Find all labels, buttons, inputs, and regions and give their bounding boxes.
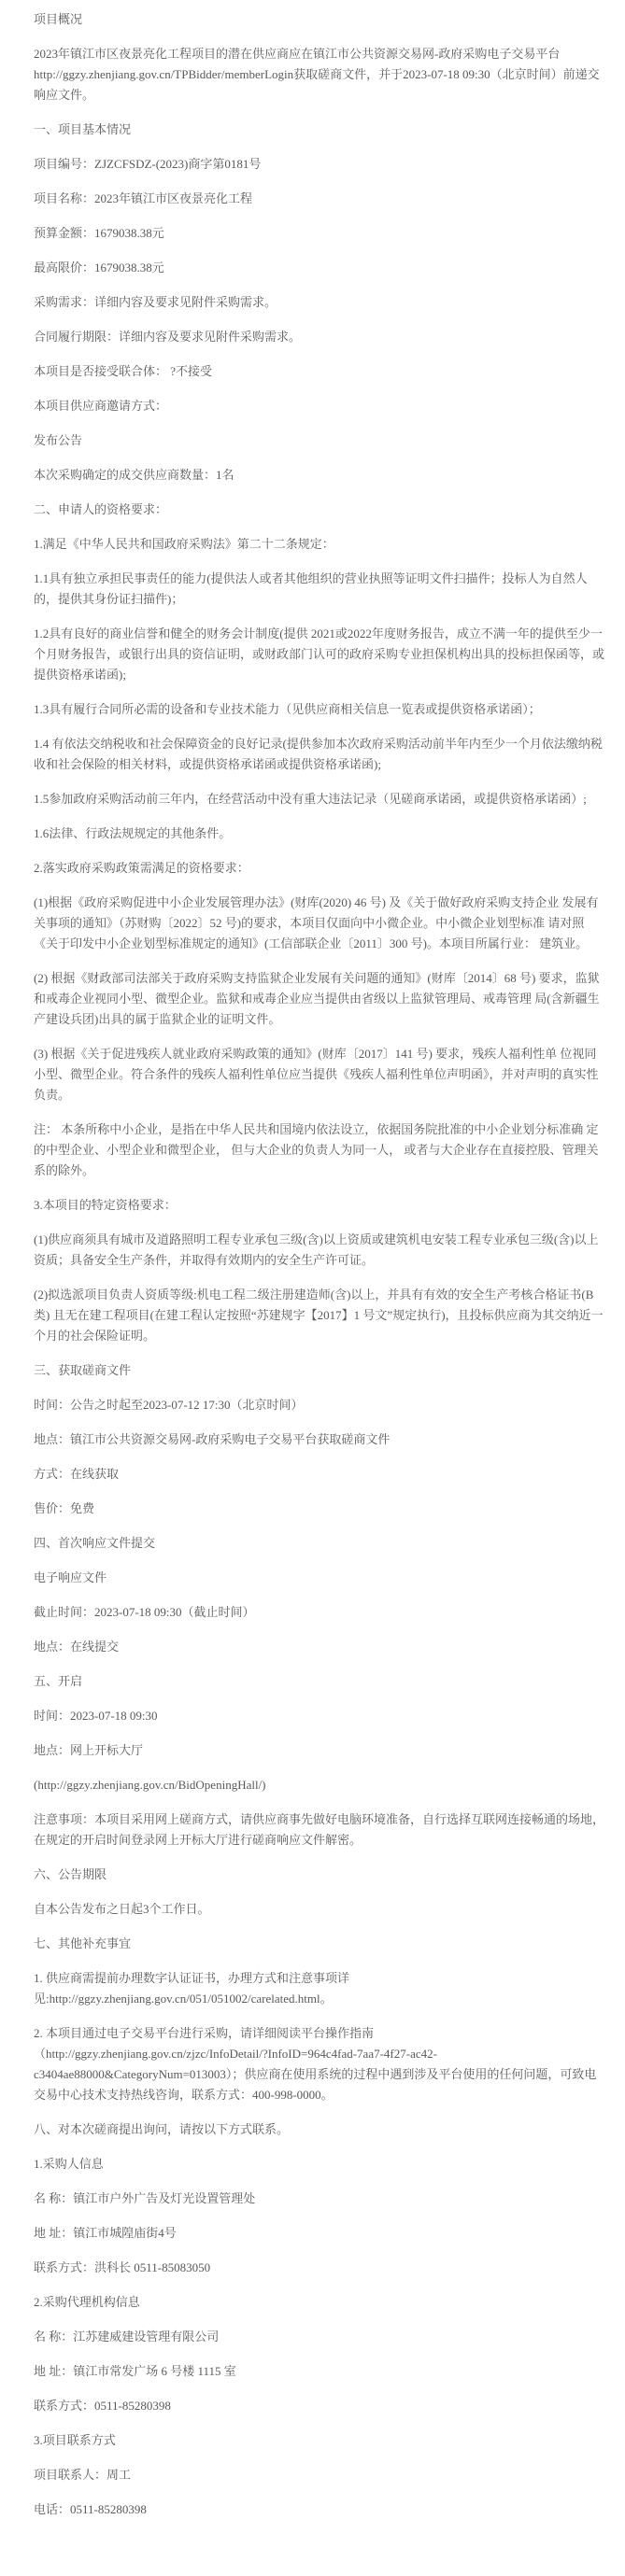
field-project-number: 项目编号：ZJZCFSDZ-(2023)商字第0181号 bbox=[34, 154, 606, 175]
field-consortium-acceptance: 本项目是否接受联合体： ?不接受 bbox=[34, 361, 606, 382]
opening-hall-url: (http://ggzy.zhenjiang.gov.cn/BidOpening… bbox=[34, 1775, 606, 1795]
specific-qualification-2: (2)拟选派项目负责人资质等级:机电工程二级注册建造师(含)以上，并具有有效的安… bbox=[34, 1285, 606, 1346]
submission-location: 地点：在线提交 bbox=[34, 1637, 606, 1657]
qualification-clause-1-1: 1.1具有独立承担民事责任的能力(提供法人或者其他组织的营业执照等证明文件扫描件… bbox=[34, 569, 606, 610]
doc-acquire-location: 地点：镇江市公共资源交易网-政府采购电子交易平台获取磋商文件 bbox=[34, 1429, 606, 1450]
opening-notes: 注意事项：本项目采用网上磋商方式，请供应商事先做好电脑环境准备，自行选择互联网连… bbox=[34, 1809, 606, 1851]
response-file-type: 电子响应文件 bbox=[34, 1568, 606, 1588]
policy-note: 注： 本条所称中小企业，是指在中华人民共和国境内依法设立，依据国务院批准的中小企… bbox=[34, 1119, 606, 1181]
project-contact-heading: 3.项目联系方式 bbox=[34, 2430, 606, 2451]
field-contract-term: 合同履行期限：详细内容及要求见附件采购需求。 bbox=[34, 327, 606, 347]
doc-acquire-method: 方式：在线获取 bbox=[34, 1464, 606, 1485]
field-winning-supplier-count: 本次采购确定的成交供应商数量：1名 bbox=[34, 465, 606, 486]
field-supplier-invitation-method: 本项目供应商邀请方式： bbox=[34, 396, 606, 416]
specific-qualification-1: (1)供应商须具有城市及道路照明工程专业承包三级(含)以上资质或建筑机电安装工程… bbox=[34, 1230, 606, 1271]
section-6-heading: 六、公告期限 bbox=[34, 1865, 606, 1885]
agency-name: 名 称：江苏建威建设管理有限公司 bbox=[34, 2327, 606, 2347]
project-contact-phone: 电话：0511-85280398 bbox=[34, 2499, 606, 2520]
field-procurement-requirements: 采购需求：详细内容及要求见附件采购需求。 bbox=[34, 292, 606, 313]
project-contact-person: 项目联系人：周工 bbox=[34, 2465, 606, 2485]
section-1-heading: 一、项目基本情况 bbox=[34, 120, 606, 140]
opening-time: 时间：2023-07-18 09:30 bbox=[34, 1706, 606, 1726]
opening-location: 地点：网上开标大厅 bbox=[34, 1740, 606, 1761]
supplement-item-1: 1. 供应商需提前办理数字认证证书，办理方式和注意事项详见:http://ggz… bbox=[34, 1968, 606, 2009]
policy-item-3: (3) 根据《关于促进残疾人就业政府采购政策的通知》(财库〔2017〕141 号… bbox=[34, 1044, 606, 1105]
purchaser-info-heading: 1.采购人信息 bbox=[34, 2154, 606, 2175]
section-4-heading: 四、首次响应文件提交 bbox=[34, 1533, 606, 1554]
doc-title: 项目概况 bbox=[34, 9, 606, 30]
purchaser-contact: 联系方式：洪科长 0511-85083050 bbox=[34, 2258, 606, 2278]
doc-acquire-price: 售价：免费 bbox=[34, 1499, 606, 1519]
policy-item-2: (2) 根据《财政部司法部关于政府采购支持监狱企业发展有关问题的通知》(财库〔2… bbox=[34, 968, 606, 1030]
qualification-clause-1-4: 1.4 有依法交纳税收和社会保障资金的良好记录(提供参加本次政府采购活动前半年内… bbox=[34, 734, 606, 775]
qualification-clause-3: 3.本项目的特定资格要求： bbox=[34, 1195, 606, 1216]
qualification-clause-1: 1.满足《中华人民共和国政府采购法》第二十二条规定： bbox=[34, 534, 606, 555]
qualification-clause-2: 2.落实政府采购政策需满足的资格要求： bbox=[34, 858, 606, 879]
supplement-item-2: 2. 本项目通过电子交易平台进行采购，请详细阅读平台操作指南（http://gg… bbox=[34, 2023, 606, 2105]
purchaser-name: 名 称：镇江市户外广告及灯光设置管理处 bbox=[34, 2189, 606, 2209]
agency-address: 地 址：镇江市常发广场 6 号楼 1115 室 bbox=[34, 2361, 606, 2382]
section-2-heading: 二、申请人的资格要求： bbox=[34, 500, 606, 520]
section-5-heading: 五、开启 bbox=[34, 1671, 606, 1692]
qualification-clause-1-3: 1.3具有履行合同所必需的设备和专业技术能力（见供应商相关信息一览表或提供资格承… bbox=[34, 699, 606, 720]
announcement-period: 自本公告发布之日起3个工作日。 bbox=[34, 1899, 606, 1920]
purchaser-address: 地 址：镇江市城隍庙街4号 bbox=[34, 2223, 606, 2244]
field-project-name: 项目名称：2023年镇江市区夜景亮化工程 bbox=[34, 189, 606, 209]
qualification-clause-1-6: 1.6法律、行政法规规定的其他条件。 bbox=[34, 823, 606, 844]
section-3-heading: 三、获取磋商文件 bbox=[34, 1360, 606, 1381]
qualification-clause-1-5: 1.5参加政府采购活动前三年内，在经营活动中没有重大违法记录（见磋商承诺函，或提… bbox=[34, 789, 606, 809]
intro-paragraph: 2023年镇江市区夜景亮化工程项目的潜在供应商应在镇江市公共资源交易网-政府采购… bbox=[34, 44, 606, 106]
policy-item-1: (1)根据《政府采购促进中小企业发展管理办法》(财库(2020) 46 号) 及… bbox=[34, 893, 606, 954]
field-invitation-method-value: 发布公告 bbox=[34, 430, 606, 451]
submission-deadline: 截止时间：2023-07-18 09:30（截止时间） bbox=[34, 1602, 606, 1623]
announcement-document: 项目概况 2023年镇江市区夜景亮化工程项目的潜在供应商应在镇江市公共资源交易网… bbox=[0, 0, 625, 2576]
field-max-price: 最高限价：1679038.38元 bbox=[34, 258, 606, 278]
qualification-clause-1-2: 1.2具有良好的商业信誉和健全的财务会计制度(提供 2021或2022年度财务报… bbox=[34, 624, 606, 685]
field-budget-amount: 预算金额：1679038.38元 bbox=[34, 223, 606, 244]
agency-info-heading: 2.采购代理机构信息 bbox=[34, 2292, 606, 2313]
section-7-heading: 七、其他补充事宜 bbox=[34, 1934, 606, 1954]
doc-acquire-time: 时间：公告之时起至2023-07-12 17:30（北京时间） bbox=[34, 1395, 606, 1415]
section-8-heading: 八、对本次磋商提出询问，请按以下方式联系。 bbox=[34, 2119, 606, 2140]
agency-contact: 联系方式：0511-85280398 bbox=[34, 2396, 606, 2416]
